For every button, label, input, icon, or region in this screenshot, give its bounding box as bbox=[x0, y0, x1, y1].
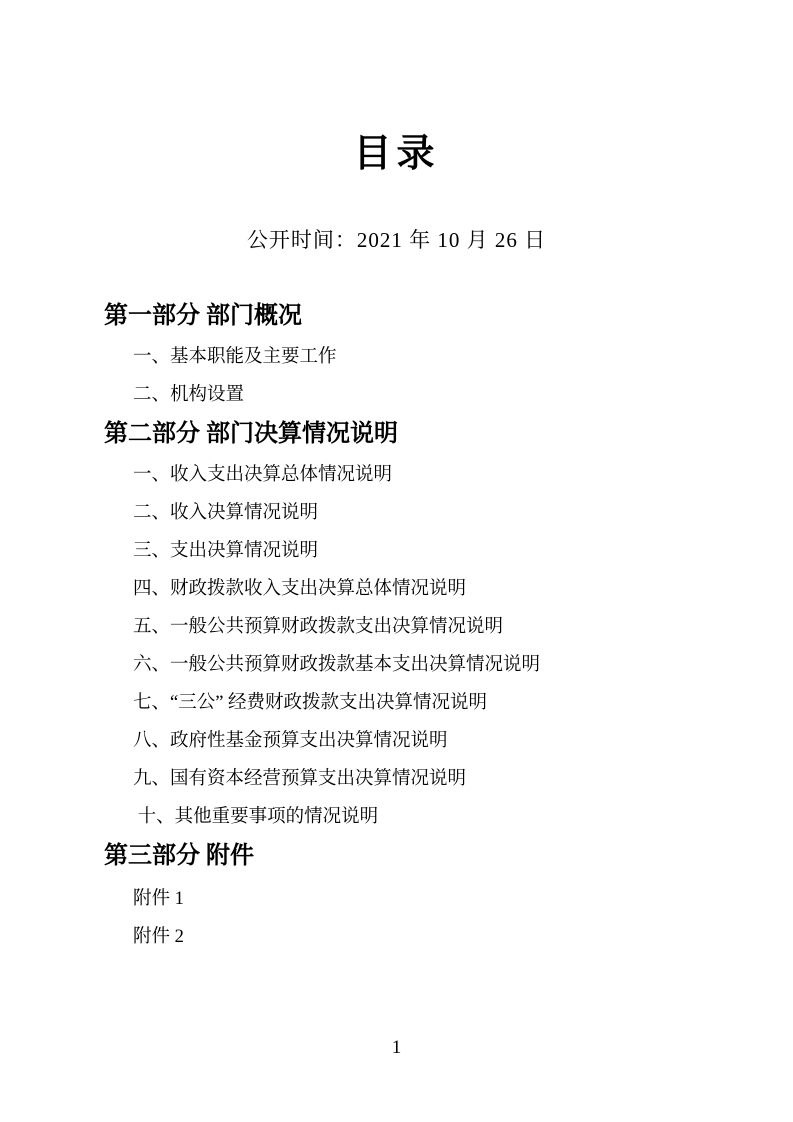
toc-item: 二、收入决算情况说明 bbox=[133, 502, 793, 525]
section-heading-part-2: 第二部分 部门决算情况说明 bbox=[104, 419, 793, 449]
toc-item: 一、基本职能及主要工作 bbox=[133, 346, 793, 369]
document-page: 目录 公开时间：2021 年 10 月 26 日 第一部分 部门概况 一、基本职… bbox=[0, 0, 793, 1122]
toc-item-attachment-2: 附件 2 bbox=[133, 926, 793, 949]
toc-item: 二、机构设置 bbox=[133, 384, 793, 407]
section-heading-part-1: 第一部分 部门概况 bbox=[104, 301, 793, 331]
section-part-1: 第一部分 部门概况 一、基本职能及主要工作 二、机构设置 bbox=[0, 301, 793, 407]
section-part-2: 第二部分 部门决算情况说明 一、收入支出决算总体情况说明 二、收入决算情况说明 … bbox=[0, 419, 793, 829]
toc-item: 一、收入支出决算总体情况说明 bbox=[133, 464, 793, 487]
toc-item: 十、其他重要事项的情况说明 bbox=[133, 806, 793, 829]
publish-date-line: 公开时间：2021 年 10 月 26 日 bbox=[0, 227, 793, 253]
toc-item: 四、财政拨款收入支出决算总体情况说明 bbox=[133, 578, 793, 601]
toc-item: 七、“三公” 经费财政拨款支出决算情况说明 bbox=[133, 692, 793, 715]
section-heading-part-3: 第三部分 附件 bbox=[104, 841, 793, 871]
toc-item-attachment-1: 附件 1 bbox=[133, 888, 793, 911]
toc-item: 八、政府性基金预算支出决算情况说明 bbox=[133, 730, 793, 753]
page-number: 1 bbox=[0, 1036, 793, 1060]
section-part-3: 第三部分 附件 附件 1 附件 2 bbox=[0, 841, 793, 949]
page-title: 目录 bbox=[0, 132, 793, 176]
toc-item: 九、国有资本经营预算支出决算情况说明 bbox=[133, 768, 793, 791]
toc-item: 三、支出决算情况说明 bbox=[133, 540, 793, 563]
toc-item: 六、一般公共预算财政拨款基本支出决算情况说明 bbox=[133, 654, 793, 677]
toc-item: 五、一般公共预算财政拨款支出决算情况说明 bbox=[133, 616, 793, 639]
